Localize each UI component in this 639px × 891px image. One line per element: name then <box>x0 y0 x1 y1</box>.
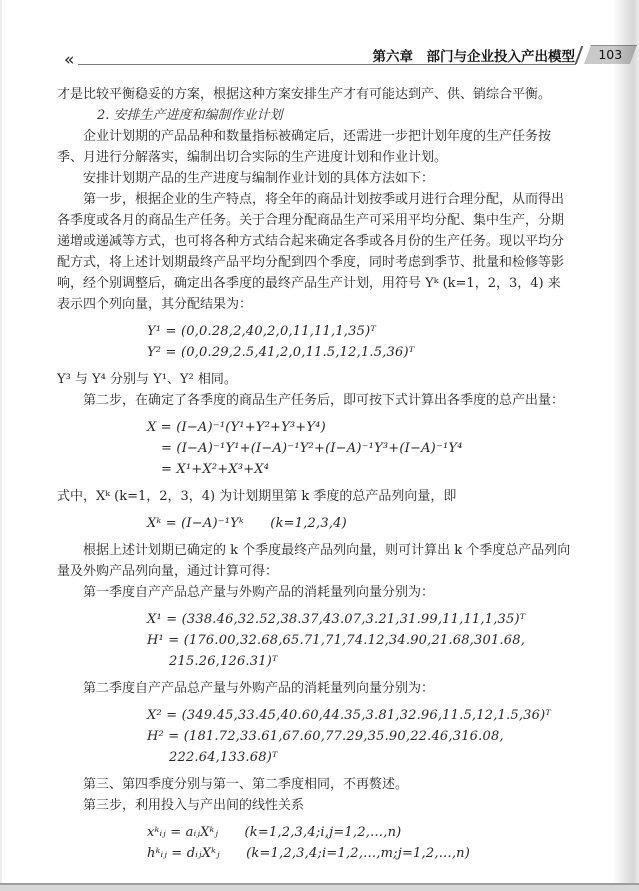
content: 才是比较平衡稳妥的方案，根据这种方案安排生产才有可能达到产、供、销综合平衡。2.… <box>57 84 578 864</box>
page-bottom-edge <box>0 883 639 891</box>
text-line: 2. 安排生产进度和编制作业计划 <box>57 105 578 126</box>
page-right-shadow <box>613 0 639 891</box>
text-line: 安排计划期产品的生产进度与编制作业计划的具体方法如下： <box>57 168 578 189</box>
text-line: 递增或递减等方式，也可将各种方式结合起来确定各季或各月份的生产任务。现以平均分 <box>57 231 578 252</box>
formula-line: H¹ = (176.00,32.68,65.71,71,74.12,34.90,… <box>147 630 578 651</box>
formula-line: Xᵏ = (I−A)⁻¹Yᵏ (k=1,2,3,4) <box>147 513 578 534</box>
text-line: 各季度或各月的商品生产任务。关于合理分配商品生产可采用平均分配、集中生产，分期 <box>57 210 578 231</box>
text-line: 第一季度自产产品总产量与外购产品的消耗量列向量分别为： <box>57 582 578 603</box>
text-line: 企业计划期的产品品种和数量指标被确定后，还需进一步把计划年度的生产任务按 <box>57 126 578 147</box>
formula-line: H² = (181.72,33.61,67.60,77.29,35.90,22.… <box>147 726 578 747</box>
formula-line: 222.64,133.68)ᵀ <box>169 747 578 768</box>
back-guillemet-icon: « <box>64 50 71 70</box>
formula-line: hᵏᵢⱼ = dᵢⱼXᵏⱼ (k=1,2,3,4;i=1,2,…,m;j=1,2… <box>147 843 578 864</box>
text-line: 响，经个别调整后，确定出各季度的最终产品生产计划，用符号 Yᵏ (k=1，2，3… <box>57 273 578 294</box>
text-line: 第三、第四季度分别与第一、第二季度相同，不再赘述。 <box>57 774 578 795</box>
text-line: 式中，Xᵏ (k=1，2，3，4) 为计划期里第 k 季度的总产品列向量，即 <box>57 486 578 507</box>
text-line: 才是比较平衡稳妥的方案，根据这种方案安排生产才有可能达到产、供、销综合平衡。 <box>57 84 578 105</box>
text-line: 量及外购产品列向量，通过计算可得： <box>57 561 578 582</box>
formula-line: X¹ = (338.46,32.52,38.37,43.07,3.21,31.9… <box>147 609 578 630</box>
text-line: 配方式，将上述计划期最终产品平均分配到四个季度，同时考虑到季节、批量和检修等影 <box>57 252 578 273</box>
text-line: 第一步，根据企业的生产特点，将全年的商品计划按季或月进行合理分配，从而得出 <box>57 189 578 210</box>
text-line: 第二步，在确定了各季度的商品生产任务后，即可按下式计算出各季度的总产出量： <box>57 390 578 411</box>
formula-line: = (I−A)⁻¹Y¹+(I−A)⁻¹Y²+(I−A)⁻¹Y³+(I−A)⁻¹Y… <box>161 438 578 459</box>
chapter-title: 第六章 部门与企业投入产出模型 <box>290 45 575 65</box>
slash-divider <box>575 46 584 64</box>
text-line: 第二季度自产产品总产量与外购产品的消耗量列向量分别为： <box>57 678 578 699</box>
formula-line: 215.26,126.31)ᵀ <box>169 651 578 672</box>
formula-line: X = (I−A)⁻¹(Y¹+Y²+Y³+Y⁴) <box>147 417 578 438</box>
formula-line: X² = (349.45,33.45,40.60,44.35,3.81,32.9… <box>147 705 578 726</box>
formula-line: Y² = (0,0.29,2.5,41,2,0,11.5,12,1.5,36)ᵀ <box>147 342 578 363</box>
formula-line: Y¹ = (0,0.28,2,40,2,0,11,11,1,35)ᵀ <box>147 321 578 342</box>
formula-line: xᵏᵢⱼ = aᵢⱼXᵏⱼ (k=1,2,3,4;i,j=1,2,…,n) <box>147 822 578 843</box>
text-line: 表示四个列向量，其分配结果为： <box>57 294 578 315</box>
text-line: 季、月进行分解落实，编制出切合实际的生产进度计划和作业计划。 <box>57 147 578 168</box>
text-line: 根据上述计划期已确定的 k 个季度最终产品列向量，则可计算出 k 个季度总产品列… <box>57 540 578 561</box>
page-left-edge <box>0 0 2 891</box>
page-number-band: 103 <box>584 45 637 64</box>
page-number: 103 <box>587 46 633 64</box>
book-page: « 第六章 部门与企业投入产出模型 103 才是比较平衡稳妥的方案，根据这种方案… <box>0 0 639 891</box>
text-line: Y³ 与 Y⁴ 分别与 Y¹、Y² 相同。 <box>57 369 578 390</box>
formula-line: = X¹+X²+X³+X⁴ <box>161 459 578 480</box>
text-line: 第三步，利用投入与产出间的线性关系 <box>57 795 578 816</box>
